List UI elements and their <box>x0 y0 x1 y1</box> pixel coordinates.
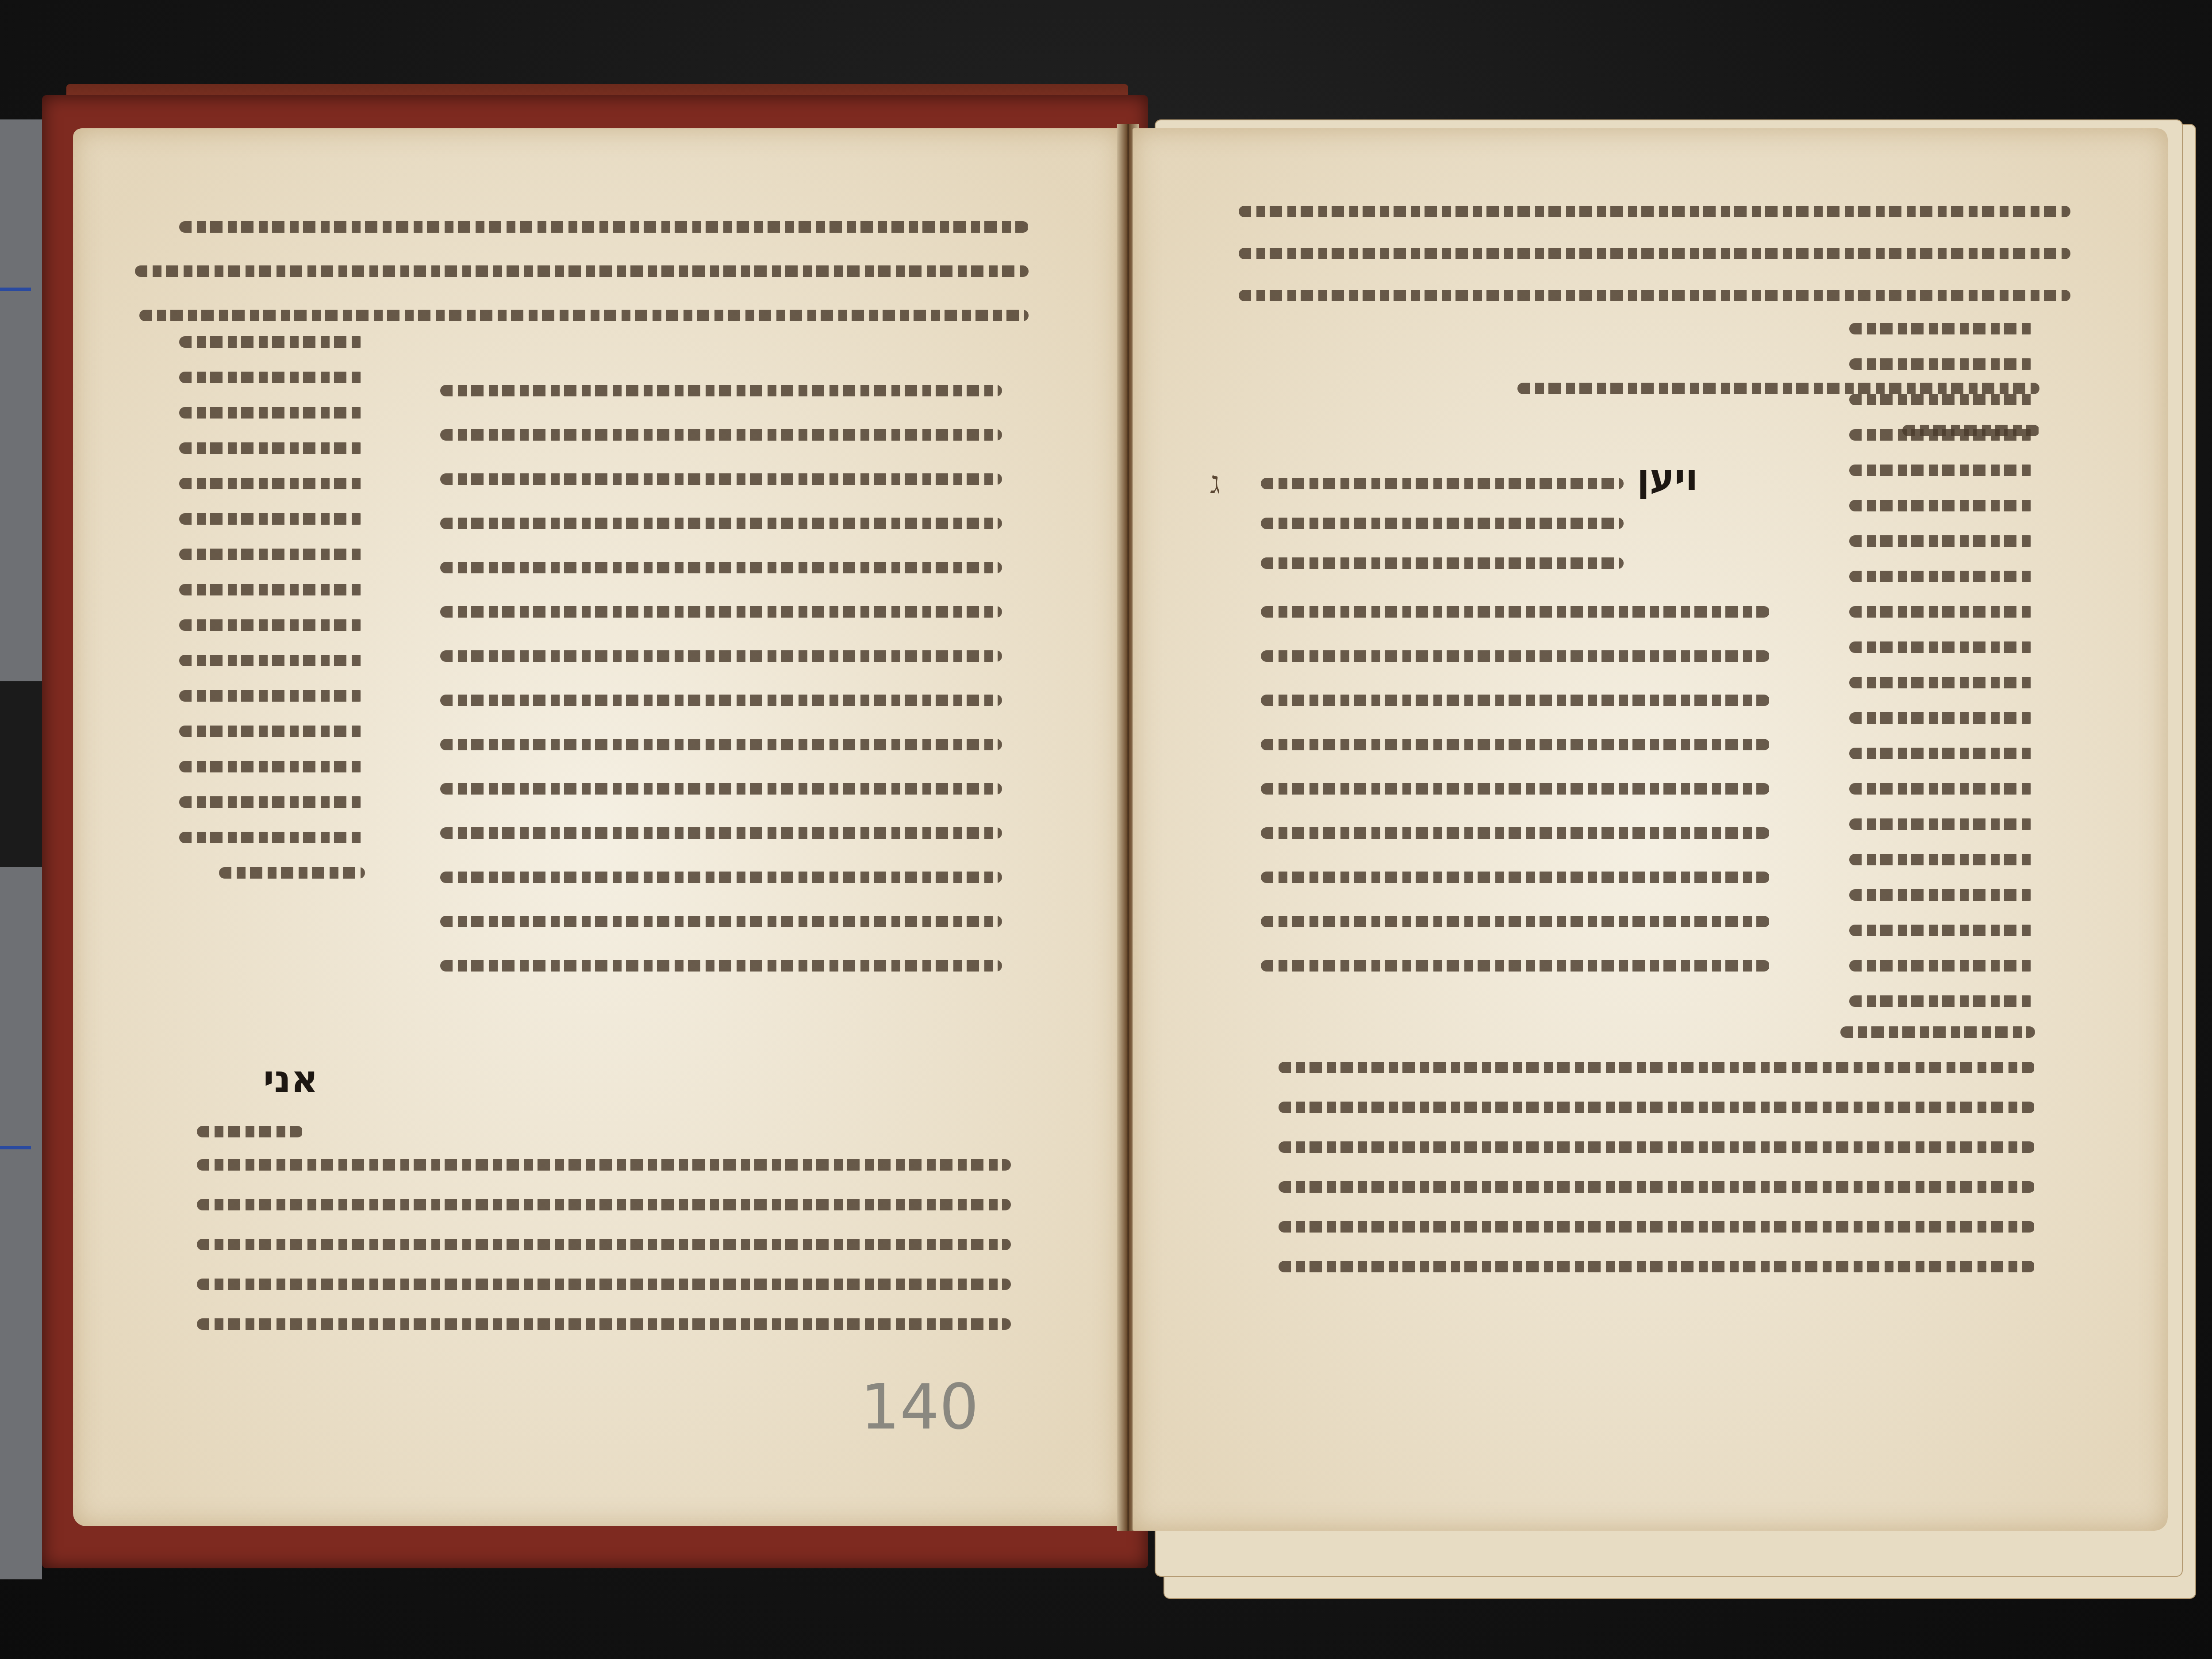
text-line <box>1261 960 1770 972</box>
text-line <box>1849 606 2035 618</box>
text-line <box>1261 872 1770 883</box>
text-line <box>179 726 365 737</box>
text-line <box>1279 1261 2035 1272</box>
text-line <box>1261 518 1624 529</box>
text-line <box>440 562 1002 573</box>
text-line <box>1849 571 2035 582</box>
text-line <box>179 832 365 843</box>
text-line <box>1261 557 1624 569</box>
text-line <box>440 650 1002 662</box>
text-line <box>197 1318 1011 1330</box>
text-line <box>179 655 365 666</box>
text-line <box>1849 641 2035 653</box>
text-line <box>1849 889 2035 901</box>
text-line <box>179 221 1029 233</box>
text-line <box>1517 383 2039 394</box>
text-line <box>1849 358 2035 370</box>
text-line <box>179 619 365 631</box>
blue-line-mark <box>0 1146 31 1149</box>
text-line <box>440 960 1002 972</box>
text-line <box>1261 478 1624 489</box>
text-line <box>1239 206 2070 217</box>
text-line <box>179 761 365 772</box>
text-line <box>1849 465 2035 476</box>
text-line <box>1849 712 2035 724</box>
text-line <box>440 783 1002 795</box>
right-page: ויען ג <box>1133 128 2168 1531</box>
text-line <box>440 606 1002 618</box>
text-line <box>179 796 365 808</box>
text-line <box>197 1279 1011 1290</box>
text-line <box>1279 1221 2035 1233</box>
folio-number: 140 <box>860 1371 979 1444</box>
text-line <box>197 1126 303 1137</box>
text-line <box>440 739 1002 750</box>
text-line <box>1849 500 2035 511</box>
text-line <box>1849 394 2035 405</box>
text-line <box>179 690 365 702</box>
dark-band <box>0 681 42 867</box>
text-line <box>1849 818 2035 830</box>
left-page: אני 140 <box>73 128 1121 1526</box>
text-line <box>1849 323 2035 334</box>
text-line <box>440 473 1002 485</box>
display-word: ויען <box>1637 456 1698 499</box>
text-line <box>1239 248 2070 259</box>
text-line <box>179 513 365 525</box>
text-line <box>1261 606 1770 618</box>
text-line <box>139 310 1029 321</box>
text-line <box>197 1199 1011 1210</box>
text-line <box>1261 827 1770 839</box>
text-line <box>1849 677 2035 688</box>
text-line <box>1849 995 2035 1007</box>
text-line <box>1279 1062 2035 1073</box>
text-line <box>179 584 365 595</box>
text-line <box>440 695 1002 706</box>
text-line <box>440 872 1002 883</box>
text-line <box>1849 960 2035 972</box>
text-line <box>440 429 1002 441</box>
text-line <box>179 478 365 489</box>
text-line <box>1849 925 2035 936</box>
text-line <box>1261 650 1770 662</box>
text-line <box>440 916 1002 927</box>
display-word: אני <box>263 1057 318 1101</box>
text-line <box>1239 290 2070 301</box>
text-line <box>1279 1102 2035 1113</box>
text-line <box>1279 1141 2035 1153</box>
text-line <box>1849 854 2035 865</box>
text-line <box>179 549 365 560</box>
text-line <box>1261 916 1770 927</box>
text-line <box>179 336 365 348</box>
text-line <box>1840 1026 2035 1038</box>
text-line <box>1849 429 2035 441</box>
text-line <box>1279 1181 2035 1193</box>
text-line <box>135 265 1029 277</box>
text-line <box>1261 695 1770 706</box>
text-line <box>1849 748 2035 759</box>
blue-line-mark <box>0 288 31 291</box>
text-line <box>440 518 1002 529</box>
text-line <box>197 1239 1011 1250</box>
left-edge-strip <box>0 119 42 1579</box>
margin-mark: ג <box>1210 465 1220 501</box>
text-line <box>1849 783 2035 795</box>
text-line <box>179 407 365 419</box>
text-line <box>1261 783 1770 795</box>
text-line <box>179 372 365 383</box>
text-line <box>179 442 365 454</box>
text-line <box>1261 739 1770 750</box>
text-line <box>197 1159 1011 1171</box>
text-line <box>440 385 1002 396</box>
text-line <box>1849 535 2035 547</box>
text-line <box>440 827 1002 839</box>
text-line <box>219 867 365 879</box>
